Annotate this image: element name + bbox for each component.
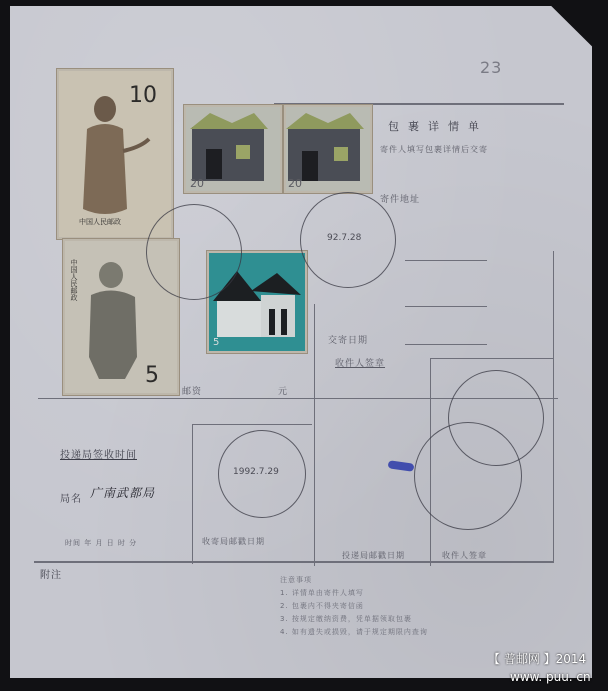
box-line bbox=[34, 561, 554, 563]
field-line bbox=[405, 260, 487, 261]
receiving-signature-label: 收件人签章 bbox=[335, 356, 385, 369]
box-line bbox=[314, 304, 315, 566]
postmark-receiving: 1992.7.29 bbox=[218, 430, 306, 518]
postmark-date: 1992.7.29 bbox=[233, 467, 279, 477]
recipient-stamp-label: 收件人签章 bbox=[442, 550, 487, 561]
postage-unit: 元 bbox=[278, 384, 288, 397]
sender-address-label: 寄件地址 bbox=[380, 192, 420, 205]
postmark-date: 92.7.28 bbox=[327, 233, 361, 243]
pencil-note: 23 bbox=[480, 58, 502, 77]
buddha-statue-stamp: 10 中国人民邮政 bbox=[56, 68, 174, 240]
notice-line: 2. 包裹内不得夹寄信函 bbox=[280, 600, 520, 613]
field-line bbox=[405, 306, 487, 307]
stamp-denomination: 10 bbox=[129, 83, 157, 108]
box-line bbox=[430, 358, 554, 359]
postmark-delivery-b bbox=[448, 370, 544, 466]
postmark-center: 92.7.28 bbox=[300, 192, 396, 288]
box-line bbox=[553, 251, 554, 563]
notice-line: 1. 详情单由寄件人填写 bbox=[280, 587, 520, 600]
dwelling-stamp-left: 20 bbox=[183, 104, 283, 194]
bureau-handwritten: 广南武都局 bbox=[90, 484, 155, 501]
remarks-label: 附注 bbox=[40, 566, 62, 581]
notice-block: 注意事项 1. 详情单由寄件人填写 2. 包裹内不得夹寄信函 3. 按规定缴纳资… bbox=[280, 574, 520, 639]
notice-line: 注意事项 bbox=[280, 574, 520, 587]
stamp-denomination: 20 bbox=[288, 177, 302, 190]
delivery-office-stamp-label: 投递局邮戳日期 bbox=[342, 550, 405, 561]
stamp-issuer: 中国人民邮政 bbox=[79, 217, 121, 227]
form-title: 包裹详情单 bbox=[388, 118, 488, 134]
delivery-receipt-heading: 投递局签收时间 bbox=[60, 446, 137, 461]
stamp-denomination: 5 bbox=[145, 363, 159, 388]
date-line: 时间 年 月 日 时 分 bbox=[65, 538, 137, 548]
form-subtitle: 寄件人填写包裹详情后交寄 bbox=[380, 144, 488, 155]
notice-line: 4. 如有遗失或损毁，请于规定期限内查询 bbox=[280, 626, 520, 639]
box-line bbox=[192, 424, 312, 425]
stamp-denomination: 20 bbox=[190, 177, 204, 190]
stamp-issuer: 中国人民邮政 bbox=[69, 259, 79, 301]
acceptance-date-label: 交寄日期 bbox=[328, 333, 368, 346]
stamp-denomination: 5 bbox=[213, 337, 219, 348]
box-line bbox=[192, 424, 193, 564]
notice-line: 3. 按规定缴纳资费，凭单据领取包裹 bbox=[280, 613, 520, 626]
postage-label: 邮资 bbox=[182, 384, 202, 397]
receiving-office-stamp-label: 收寄局邮戳日期 bbox=[202, 536, 265, 547]
bureau-label: 局名 bbox=[60, 490, 82, 505]
watermark-line2: www. puu. cn bbox=[510, 670, 591, 684]
postmark-left bbox=[146, 204, 242, 300]
field-line bbox=[405, 344, 487, 345]
dwelling-stamp-right: 20 bbox=[283, 104, 373, 194]
watermark-line1: 【 普邮网 】2014 bbox=[488, 650, 586, 667]
